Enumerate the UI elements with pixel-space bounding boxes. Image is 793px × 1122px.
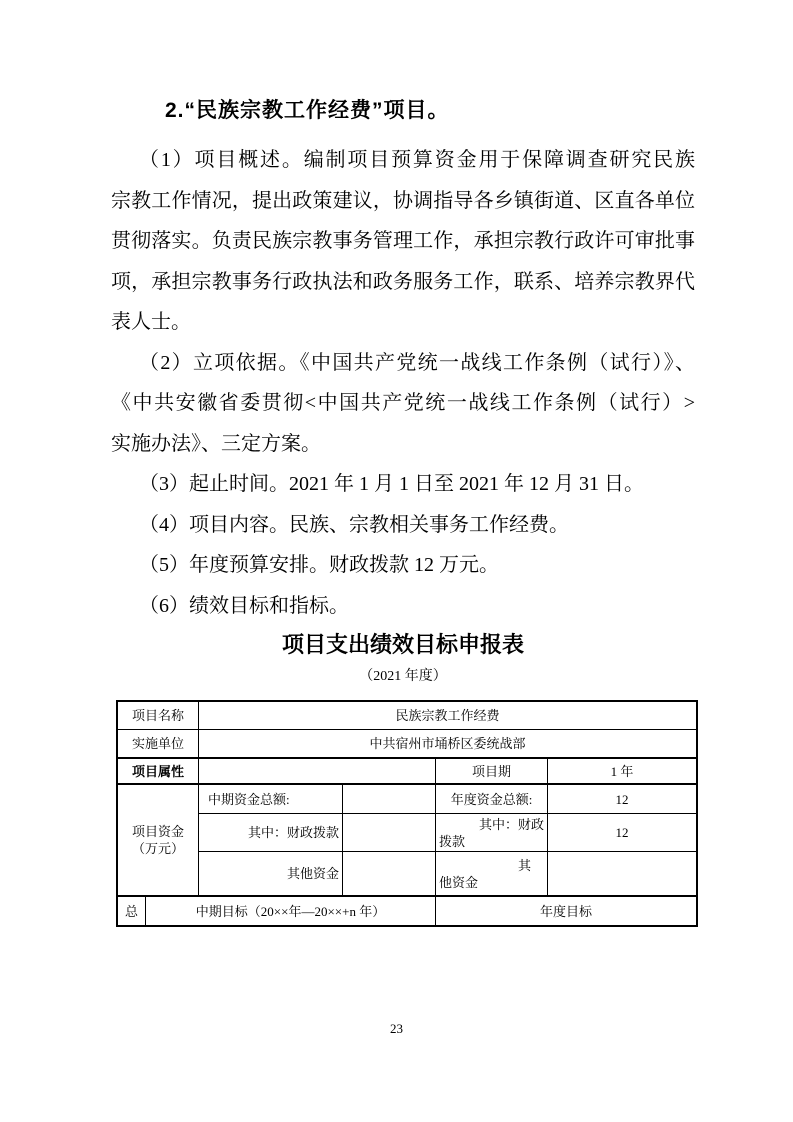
project-name-label: 项目名称 xyxy=(118,702,199,730)
funds-label: 项目资金 （万元） xyxy=(118,785,199,897)
mid-total-label: 中期资金总额: xyxy=(199,785,343,814)
paragraph: （2）立项依据。《中国共产党统一战线工作条例（试行）》、《中共安徽省委贯彻<中国… xyxy=(111,343,695,465)
page-number: 23 xyxy=(0,1021,793,1037)
paragraph-line: 实施办法》、三定方案。 xyxy=(111,424,695,465)
paragraph: （5）年度预算安排。财政拨款 12 万元。 xyxy=(111,545,695,586)
paragraphs: （1）项目概述。编制项目预算资金用于保障调查研究民族宗教工作情况，提出政策建议，… xyxy=(111,140,695,626)
mid-other-label: 其他资金 xyxy=(199,852,343,897)
annual-total-label: 年度资金总额: xyxy=(436,785,548,814)
page-content: 2.“民族宗教工作经费”项目。 （1）项目概述。编制项目预算资金用于保障调查研究… xyxy=(111,90,695,927)
funds-label-line2: （万元） xyxy=(118,840,198,857)
annual-other-value xyxy=(548,852,696,897)
paragraph-line: （3）起止时间。2021 年 1 月 1 日至 2021 年 12 月 31 日… xyxy=(111,464,695,505)
annual-fiscal-label-line1: 其中：财政 xyxy=(436,816,547,833)
mid-fiscal-value xyxy=(343,814,436,852)
annual-other-label: 其 他资金 xyxy=(436,852,548,897)
paragraph-line: （1）项目概述。编制项目预算资金用于保障调查研究民族 xyxy=(111,140,695,181)
annual-fiscal-label: 其中：财政 拨款 xyxy=(436,814,548,852)
performance-target-table: 项目名称 民族宗教工作经费 实施单位 中共宿州市埇桥区委统战部 项目属性 项目期… xyxy=(116,700,698,927)
paragraph-line: 表人士。 xyxy=(111,302,695,343)
paragraph-line: （2）立项依据。《中国共产党统一战线工作条例（试行）》、 xyxy=(111,343,695,384)
project-name-value: 民族宗教工作经费 xyxy=(199,702,696,730)
paragraph: （3）起止时间。2021 年 1 月 1 日至 2021 年 12 月 31 日… xyxy=(111,464,695,505)
mid-total-value xyxy=(343,785,436,814)
annual-fiscal-label-line2: 拨款 xyxy=(436,833,547,850)
period-value: 1 年 xyxy=(548,759,696,785)
annual-other-label-line2: 他资金 xyxy=(436,874,547,891)
paragraph-line: 宗教工作情况，提出政策建议，协调指导各乡镇街道、区直各单位 xyxy=(111,181,695,222)
period-label: 项目期 xyxy=(436,759,548,785)
annual-goal-label: 年度目标 xyxy=(436,897,696,925)
mid-other-value xyxy=(343,852,436,897)
total-label: 总 xyxy=(118,897,146,925)
document-page: { "document": { "heading": "2.“民族宗教工作经费”… xyxy=(0,0,793,1122)
mid-fiscal-label: 其中：财政拨款 xyxy=(199,814,343,852)
form-subtitle: （2021 年度） xyxy=(111,664,695,690)
attribute-label: 项目属性 xyxy=(118,759,199,785)
annual-total-value: 12 xyxy=(548,785,696,814)
paragraph-line: 《中共安徽省委贯彻<中国共产党统一战线工作条例（试行）> xyxy=(111,383,695,424)
paragraph-line: （4）项目内容。民族、宗教相关事务工作经费。 xyxy=(111,505,695,546)
paragraph-line: 项，承担宗教事务行政执法和政务服务工作，联系、培养宗教界代 xyxy=(111,262,695,303)
paragraph-line: （5）年度预算安排。财政拨款 12 万元。 xyxy=(111,545,695,586)
annual-fiscal-value: 12 xyxy=(548,814,696,852)
paragraph-line: （6）绩效目标和指标。 xyxy=(111,586,695,627)
unit-label: 实施单位 xyxy=(118,730,199,759)
annual-other-label-line1: 其 xyxy=(436,857,547,874)
form-title: 项目支出绩效目标申报表 xyxy=(111,630,695,660)
paragraph: （1）项目概述。编制项目预算资金用于保障调查研究民族宗教工作情况，提出政策建议，… xyxy=(111,140,695,343)
paragraph: （4）项目内容。民族、宗教相关事务工作经费。 xyxy=(111,505,695,546)
funds-label-line1: 项目资金 xyxy=(118,823,198,840)
paragraph: （6）绩效目标和指标。 xyxy=(111,586,695,627)
paragraph-line: 贯彻落实。负责民族宗教事务管理工作，承担宗教行政许可审批事 xyxy=(111,221,695,262)
unit-value: 中共宿州市埇桥区委统战部 xyxy=(199,730,696,759)
section-heading: 2.“民族宗教工作经费”项目。 xyxy=(111,90,695,132)
mid-goal-label: 中期目标（20××年—20××+n 年） xyxy=(146,897,436,925)
attribute-value xyxy=(199,759,436,785)
